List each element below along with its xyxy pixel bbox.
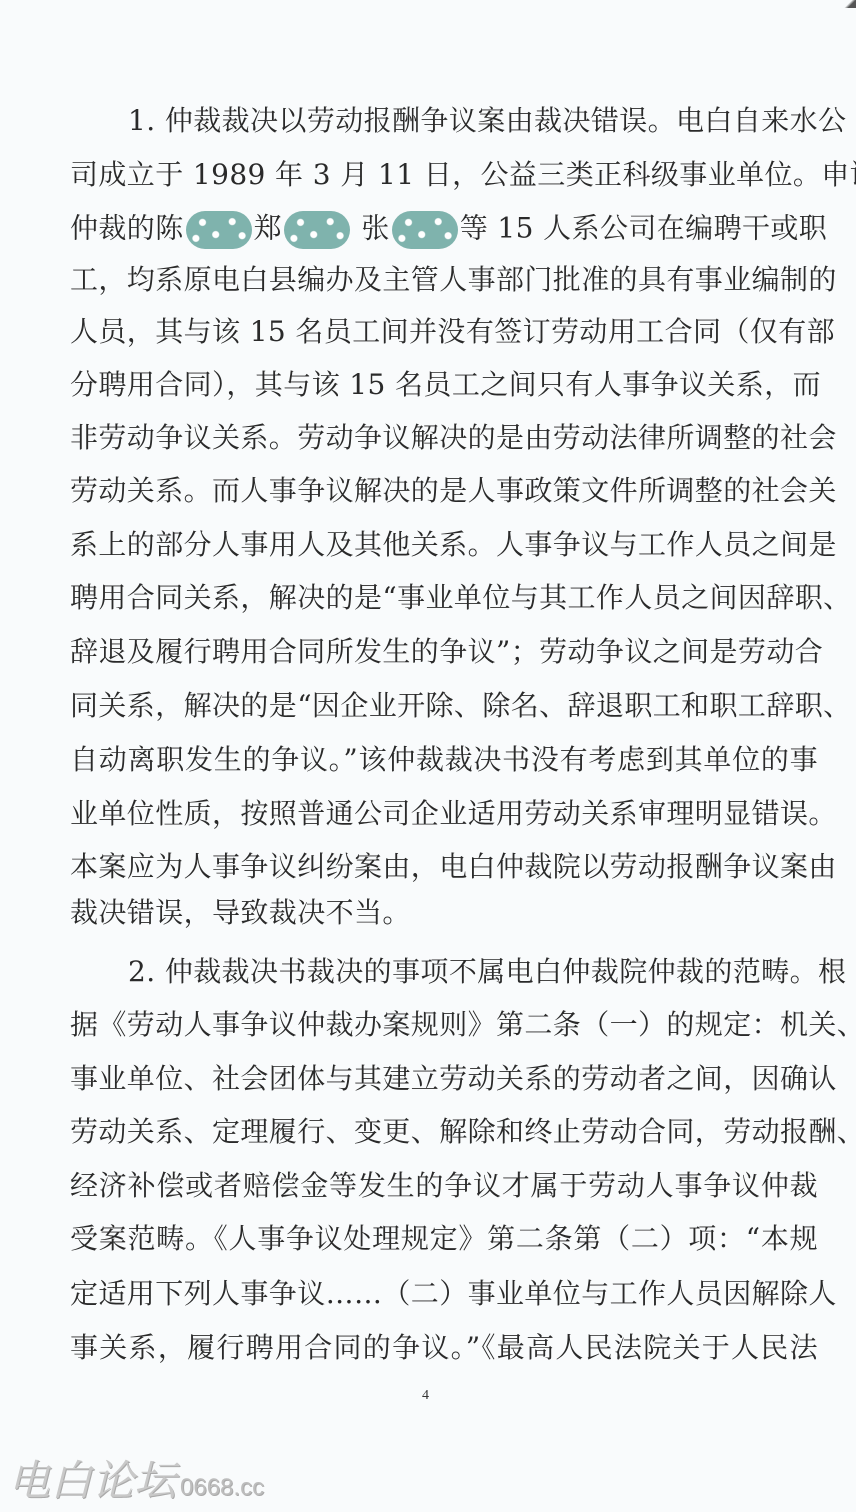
paragraph-1-line-8: 劳动关系。而人事争议解决的是人事政策文件所调整的社会关 xyxy=(70,474,818,508)
redaction-blob xyxy=(392,211,458,249)
paragraph-2-line-6: 受案范畴。《人事争议处理规定》第二条第（二）项：“本规 xyxy=(70,1222,818,1256)
paragraph-2-line-3: 事业单位、社会团体与其建立劳动关系的劳动者之间，因确认 xyxy=(70,1062,818,1096)
paragraph-2-line-1: 2. 仲裁裁决书裁决的事项不属电白仲裁院仲裁的范畴。根 xyxy=(128,955,818,989)
paragraph-2-line-4: 劳动关系、定理履行、变更、解除和终止劳动合同，劳动报酬、 xyxy=(70,1115,818,1149)
redaction-blob xyxy=(284,211,350,249)
paragraph-1-line-12: 同关系，解决的是“因企业开除、除名、辞退职工和职工辞职、 xyxy=(70,689,818,723)
document-page: 1. 仲裁裁决以劳动报酬争议案由裁决错误。电白自来水公 司成立于 1989 年 … xyxy=(0,0,856,1512)
paragraph-1-line-10: 聘用合同关系，解决的是“事业单位与其工作人员之间因辞职、 xyxy=(70,581,818,615)
paragraph-2-line-5: 经济补偿或者赔偿金等发生的争议才属于劳动人事争议仲裁 xyxy=(70,1169,818,1203)
paragraph-2-line-7: 定适用下列人事争议……（二）事业单位与工作人员因解除人 xyxy=(70,1277,818,1311)
paragraph-1-line-7: 非劳动争议关系。劳动争议解决的是由劳动法律所调整的社会 xyxy=(70,421,818,455)
text-segment: 张 xyxy=(361,212,389,245)
watermark-domain: 0668.cc xyxy=(180,1474,264,1501)
paragraph-1-line-11: 辞退及履行聘用合同所发生的争议”；劳动争议之间是劳动合 xyxy=(70,635,818,669)
paragraph-1-line-2: 司成立于 1989 年 3 月 11 日，公益三类正科级事业单位。申请 xyxy=(70,158,818,192)
paragraph-1-line-1: 1. 仲裁裁决以劳动报酬争议案由裁决错误。电白自来水公 xyxy=(128,104,818,138)
paragraph-1-line-14: 业单位性质，按照普通公司企业适用劳动关系审理明显错误。 xyxy=(70,797,818,831)
watermark-script-text: 电白论坛 xyxy=(8,1456,176,1505)
paragraph-1-line-3: 仲裁的陈郑 张等 15 人系公司在编聘干或职 xyxy=(70,211,818,249)
paragraph-1-line-6: 分聘用合同），其与该 15 名员工之间只有人事争议关系，而 xyxy=(70,368,818,402)
page-number: 4 xyxy=(422,1388,429,1404)
paragraph-1-line-16: 裁决错误，导致裁决不当。 xyxy=(70,896,818,930)
paragraph-2-line-2: 据《劳动人事争议仲裁办案规则》第二条（一）的规定：机关、 xyxy=(70,1008,818,1042)
paragraph-1-line-13: 自动离职发生的争议。”该仲裁裁决书没有考虑到其单位的事 xyxy=(70,743,818,777)
page-corner-shadow xyxy=(844,0,856,8)
paragraph-1-line-5: 人员，其与该 15 名员工间并没有签订劳动用工合同（仅有部 xyxy=(70,315,818,349)
redaction-blob xyxy=(186,211,252,249)
paragraph-1-line-9: 系上的部分人事用人及其他关系。人事争议与工作人员之间是 xyxy=(70,528,818,562)
paragraph-2-line-8: 事关系，履行聘用合同的争议。”《最高人民法院关于人民法 xyxy=(70,1331,818,1365)
site-watermark: 电白论坛0668.cc xyxy=(8,1448,264,1508)
text-segment: 仲裁的陈 xyxy=(70,212,184,245)
text-segment: 等 15 人系公司在编聘干或职 xyxy=(460,212,827,245)
paragraph-1-line-4: 工，均系原电白县编办及主管人事部门批准的具有事业编制的 xyxy=(70,263,818,297)
text-segment: 郑 xyxy=(254,212,282,245)
paragraph-1-line-15: 本案应为人事争议纠纷案由，电白仲裁院以劳动报酬争议案由 xyxy=(70,850,818,884)
